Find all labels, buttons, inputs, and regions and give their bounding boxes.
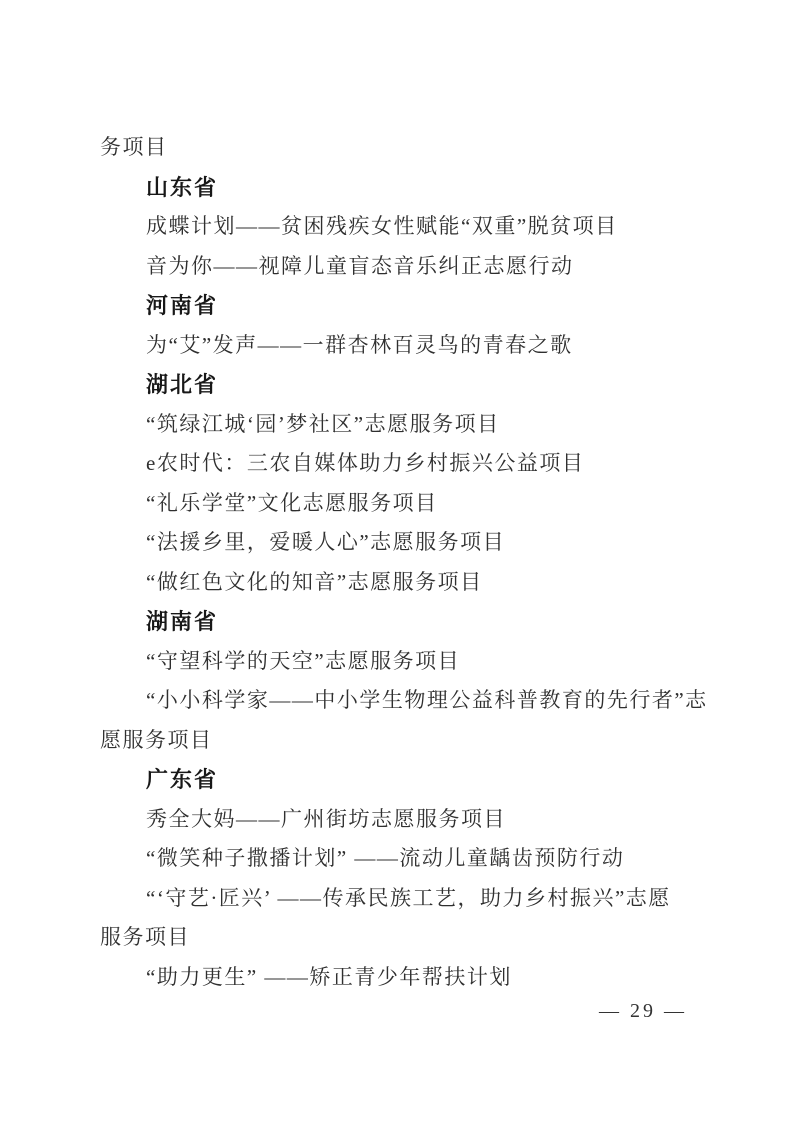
project-line: “筑绿江城‘园’梦社区”志愿服务项目 — [100, 405, 745, 445]
province-heading-hubei: 湖北省 — [100, 365, 745, 405]
project-line: 为“艾”发声——一群杏林百灵鸟的青春之歌 — [100, 326, 745, 366]
province-heading-henan: 河南省 — [100, 286, 745, 326]
project-line: “守望科学的天空”志愿服务项目 — [100, 642, 745, 682]
page-number: — 29 — — [599, 1000, 687, 1022]
document-page: 务项目 山东省 成蝶计划——贫困残疾女性赋能“双重”脱贫项目 音为你——视障儿童… — [0, 0, 793, 1122]
project-line: “助力更生” ——矫正青少年帮扶计划 — [100, 958, 745, 998]
project-line: 音为你——视障儿童盲态音乐纠正志愿行动 — [100, 247, 745, 287]
province-heading-shandong: 山东省 — [100, 168, 745, 208]
project-line: “‘守艺·匠兴’ ——传承民族工艺，助力乡村振兴”志愿 — [100, 879, 745, 919]
project-line: “做红色文化的知音”志愿服务项目 — [100, 563, 745, 603]
project-line-continuation: 服务项目 — [100, 918, 745, 958]
page-footer: — 29 — — [599, 1000, 687, 1023]
project-line-continuation: 愿服务项目 — [100, 721, 745, 761]
project-line: 成蝶计划——贫困残疾女性赋能“双重”脱贫项目 — [100, 207, 745, 247]
project-line: 秀全大妈——广州街坊志愿服务项目 — [100, 800, 745, 840]
province-heading-hunan: 湖南省 — [100, 602, 745, 642]
project-line: “礼乐学堂”文化志愿服务项目 — [100, 484, 745, 524]
project-line: “法援乡里，爱暖人心”志愿服务项目 — [100, 523, 745, 563]
project-line: e农时代：三农自媒体助力乡村振兴公益项目 — [100, 444, 745, 484]
province-heading-guangdong: 广东省 — [100, 760, 745, 800]
document-content: 务项目 山东省 成蝶计划——贫困残疾女性赋能“双重”脱贫项目 音为你——视障儿童… — [100, 128, 745, 997]
continuation-line: 务项目 — [100, 128, 745, 168]
project-line: “微笑种子撒播计划” ——流动儿童龋齿预防行动 — [100, 839, 745, 879]
project-line: “小小科学家——中小学生物理公益科普教育的先行者”志 — [100, 681, 745, 721]
